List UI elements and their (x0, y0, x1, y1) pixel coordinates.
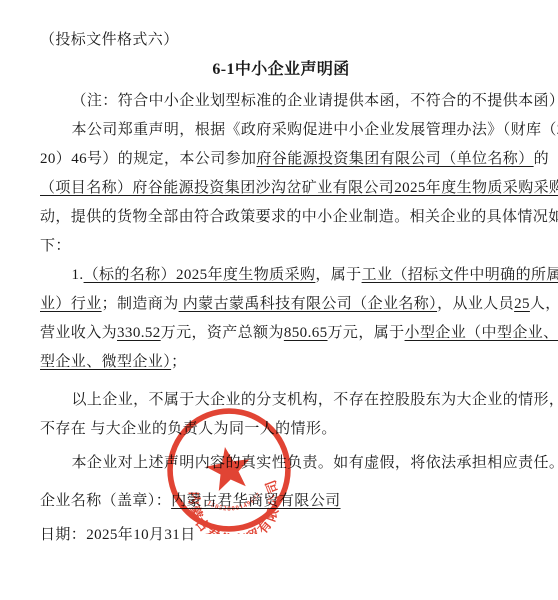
text-line: 不存在 与大企业的负责人为同一人的情形。 (40, 415, 522, 444)
text-line: 20）46号）的规定，本公司参加府谷能源投资集团有限公司（单位名称）的 (40, 145, 522, 174)
filled-blank-segment: （标的名称）2025年度生物质采购 (84, 267, 316, 283)
text-segment: （投标文件格式六） (40, 32, 179, 48)
text-line: 型企业、微型企业）； (40, 348, 522, 377)
text-segment: ； (171, 354, 186, 370)
document-body: （投标文件格式六）6-1中小企业声明函（注：符合中小企业划型标准的企业请提供本函… (40, 26, 522, 550)
text-segment: 万元，资产总额为 (161, 325, 284, 341)
text-line: 下： (40, 232, 522, 261)
text-segment: 万元，属于 (328, 325, 405, 341)
text-segment: 以上企业，不属于大企业的分支机构，不存在控股股东为大企业的情形，也 (72, 392, 558, 408)
text-segment: 的 (534, 151, 549, 167)
text-line: （项目名称）府谷能源投资集团沙沟岔矿业有限公司2025年度生物质采购采购活 (40, 174, 522, 203)
text-segment: ，从业人员 (437, 296, 514, 312)
text-line: 本企业对上述声明内容的真实性负责。如有虚假，将依法承担相应责任。 (40, 449, 522, 478)
filled-blank-segment: 小型企业（中型企业、小 (405, 325, 558, 341)
text-line: 日期：2025年10月31日 (40, 521, 522, 550)
filled-blank-segment: 内蒙古蒙禹科技有限公司（企业名称） (179, 296, 437, 312)
filled-blank-segment: 业）行业 (40, 296, 102, 312)
text-segment: ，属于 (315, 267, 361, 283)
text-segment: 20）46号）的规定，本公司参加 (40, 151, 256, 167)
text-segment: 本公司郑重声明，根据《政府采购促进中小企业发展管理办法》（财库（20 (72, 122, 558, 138)
text-line: 营业收入为330.52万元，资产总额为850.65万元，属于小型企业（中型企业、… (40, 319, 522, 348)
text-line: 企业名称（盖章）：内蒙古君华商贸有限公司 (40, 487, 522, 516)
text-segment: 1. (72, 267, 84, 283)
text-segment: 不存在 与大企业的负责人为同一人的情形。 (40, 421, 337, 437)
text-segment: （注：符合中小企业划型标准的企业请提供本函，不符合的不提供本函） (72, 93, 558, 109)
filled-blank-segment: 850.65 (284, 325, 328, 341)
text-segment: 动，提供的货物全部由符合政策要求的中小企业制造。相关企业的具体情况如 (40, 209, 558, 225)
text-line: 业）行业；制造商为 内蒙古蒙禹科技有限公司（企业名称），从业人员25人， (40, 290, 522, 319)
text-segment: 下： (40, 238, 71, 254)
text-line: 1.（标的名称）2025年度生物质采购，属于工业（招标文件中明确的所属行 (40, 261, 522, 290)
filled-blank-segment: 内蒙古君华商贸有限公司 (171, 493, 340, 509)
declaration-document-page: （投标文件格式六）6-1中小企业声明函（注：符合中小企业划型标准的企业请提供本函… (0, 0, 558, 600)
text-segment: 本企业对上述声明内容的真实性负责。如有虚假，将依法承担相应责任。 (72, 455, 558, 471)
filled-blank-segment: 25 (514, 296, 530, 312)
text-segment: 人， (530, 296, 558, 312)
text-segment: 日期：2025年10月31日 (40, 527, 196, 543)
text-line: 6-1中小企业声明函 (40, 55, 522, 84)
text-segment: ；制造商为 (102, 296, 179, 312)
text-line: 动，提供的货物全部由符合政策要求的中小企业制造。相关企业的具体情况如 (40, 203, 522, 232)
filled-blank-segment: （项目名称）府谷能源投资集团沙沟岔矿业有限公司2025年度生物质采购采购 (40, 180, 558, 196)
text-line: （投标文件格式六） (40, 26, 522, 55)
text-segment: 6-1中小企业声明函 (212, 61, 349, 78)
text-line: 以上企业，不属于大企业的分支机构，不存在控股股东为大企业的情形，也 (40, 386, 522, 415)
filled-blank-segment: 府谷能源投资集团有限公司（单位名称） (256, 151, 533, 167)
filled-blank-segment: 工业（招标文件中明确的所属行 (362, 267, 558, 283)
text-line: 本公司郑重声明，根据《政府采购促进中小企业发展管理办法》（财库（20 (40, 116, 522, 145)
text-segment: 营业收入为 (40, 325, 117, 341)
text-line: （注：符合中小企业划型标准的企业请提供本函，不符合的不提供本函） (40, 87, 522, 116)
filled-blank-segment: 型企业、微型企业） (40, 354, 171, 370)
filled-blank-segment: 330.52 (117, 325, 161, 341)
text-segment: 企业名称（盖章）： (40, 493, 171, 509)
